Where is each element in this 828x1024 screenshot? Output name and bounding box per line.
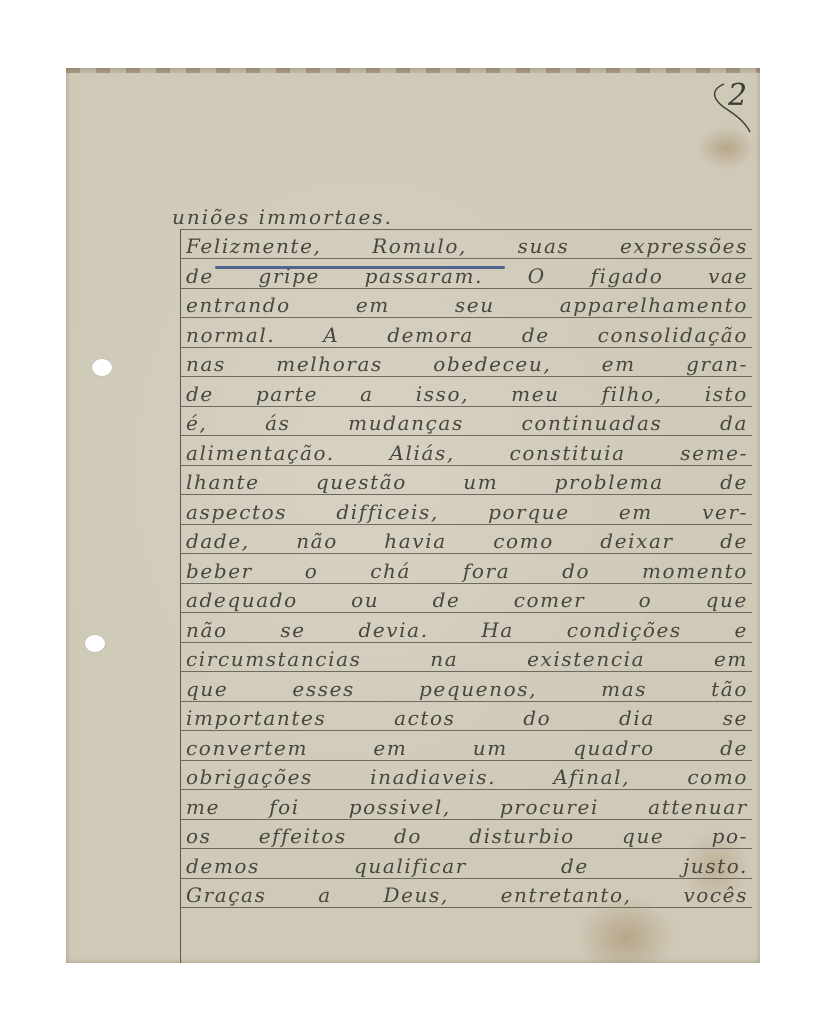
word: a [360,382,374,406]
word: lhante [186,470,260,494]
word: quadro [573,736,655,760]
word: que [186,677,228,701]
word: se [280,618,305,642]
line-text: normal.Ademoradeconsolidação [186,323,748,347]
word: de [522,323,550,347]
word: deixar [600,529,673,553]
word: consolidação [598,323,748,347]
word: fora [463,559,510,583]
word: A [323,323,339,347]
word: como [493,529,554,553]
word: demos [186,854,260,878]
text-line: queessespequenos,mastão [180,672,752,702]
word: pequenos, [419,677,537,701]
word: comer [514,588,586,612]
word: Felizmente, [186,234,321,258]
word: constituia [510,441,626,465]
word: disturbio [469,824,575,848]
text-line: obrigaçõesinadiaveis.Afinal,como [180,761,752,791]
word: problema [555,470,664,494]
word: isso, [416,382,469,406]
line-text: entrandoemseuapparelhamento [186,293,748,317]
word: attenuar [648,795,748,819]
word: mas [601,677,647,701]
word: gran- [686,352,748,376]
word: de [186,264,214,288]
line-text: é,ásmudançascontinuadasda [186,411,748,435]
word: mudanças [348,411,464,435]
line-text: aspectosdifficeis,porqueemver- [186,500,748,524]
word: convertem [186,736,308,760]
line-text: queessespequenos,mastão [186,677,748,701]
word: demora [387,323,474,347]
word: em [373,736,407,760]
word: normal. [186,323,275,347]
word: effeitos [259,824,347,848]
word: o [639,588,653,612]
word: entretanto, [501,883,632,907]
line-text: Felizmente,Romulo,suasexpressões [186,234,748,258]
word: momento [642,559,748,583]
word: a [318,883,332,907]
text-line: Felizmente,Romulo,suasexpressões [180,230,752,260]
word: como [687,765,748,789]
word: obedeceu, [433,352,551,376]
line-text: obrigaçõesinadiaveis.Afinal,como [186,765,748,789]
word: condições [567,618,682,642]
text-line: normal.Ademoradeconsolidação [180,318,752,348]
word: de [561,854,589,878]
text-line: mefoipossivel,procureiattenuar [180,790,752,820]
letter-body: uniões immortaes. Felizmente,Romulo,suas… [180,200,752,908]
word: justo. [683,854,748,878]
word: da [720,411,748,435]
word: esses [292,677,354,701]
word: foi [269,795,300,819]
line-text: departeaisso,meufilho,isto [186,382,748,406]
line-text: nãosedevia.Hacondiçõese [186,618,748,642]
line-text: convertememumquadrode [186,736,748,760]
blue-ink-underline [215,266,505,269]
line-text: circumstanciasnaexistenciaem [186,647,748,671]
word: O [528,264,546,288]
word: possivel, [349,795,451,819]
word: que [622,824,664,848]
word: beber [186,559,253,583]
punch-hole-top [92,359,112,376]
word: em [602,352,636,376]
line-text: adequadooudecomeroque [186,588,748,612]
text-line: nasmelhorasobedeceu,emgran- [180,348,752,378]
word: dade, [186,529,250,553]
line-text: oseffeitosdodisturbioquepo- [186,824,748,848]
word: e [735,618,748,642]
word: devia. [358,618,428,642]
text-line: departeaisso,meufilho,isto [180,377,752,407]
word: apparelhamento [560,293,748,317]
word: aspectos [186,500,287,524]
page-number: 2 [706,76,766,136]
word: que [706,588,748,612]
word: dia [619,706,655,730]
word: melhoras [276,352,383,376]
text-line: importantesactosdodiase [180,702,752,732]
word: tão [711,677,748,701]
word: seu [455,293,495,317]
word: havia [384,529,446,553]
word: de [433,588,461,612]
line-text: mefoipossivel,procureiattenuar [186,795,748,819]
word: filho, [602,382,663,406]
word: vae [708,264,748,288]
punch-hole-bottom [85,635,105,652]
word: circumstancias [186,647,362,671]
text-line: alimentação.Aliás,constituiaseme- [180,436,752,466]
word: suas [518,234,570,258]
word: não [186,618,228,642]
word: questão [316,470,407,494]
word: continuadas [522,411,663,435]
word: ver- [702,500,748,524]
word: qualificar [354,854,467,878]
word: actos [394,706,455,730]
text-line: beberocháforadomomento [180,554,752,584]
word: de [720,470,748,494]
text-line: adequadooudecomeroque [180,584,752,614]
word: seme- [680,441,748,465]
word: me [186,795,220,819]
word: chá [370,559,411,583]
word: meu [511,382,559,406]
word: ou [351,588,379,612]
line-text: beberocháforadomomento [186,559,748,583]
word: obrigações [186,765,313,789]
word: se [723,706,748,730]
word: do [394,824,422,848]
text-line: aspectosdifficeis,porqueemver- [180,495,752,525]
word: isto [705,382,748,406]
word: Ha [481,618,514,642]
page-number-text: 2 [728,78,747,113]
line-text: dade,nãohaviacomodeixarde [186,529,748,553]
text-line: uniões immortaes. [180,200,752,230]
word: po- [712,824,748,848]
text-line: circumstanciasnaexistenciaem [180,643,752,673]
word: na [430,647,458,671]
word: Romulo, [372,234,467,258]
word: existencia [527,647,645,671]
word: inadiaveis. [370,765,496,789]
word: importantes [186,706,326,730]
text-line: oseffeitosdodisturbioquepo- [180,820,752,850]
line-text: GraçasaDeus,entretanto,vocês [186,883,748,907]
word: os [186,824,212,848]
word: de [720,529,748,553]
word: Deus, [383,883,448,907]
word: Graças [186,883,266,907]
word: um [473,736,508,760]
word: procurei [500,795,599,819]
word: do [523,706,551,730]
word: em [619,500,653,524]
word: em [356,293,390,317]
text-line: nãosedevia.Hacondiçõese [180,613,752,643]
handwritten-letter-page: 2 uniões immortaes. Felizmente,Romulo,su… [66,68,760,963]
line-text: lhantequestãoumproblemade [186,470,748,494]
word: ás [265,411,290,435]
word: de [186,382,214,406]
word: parte [256,382,318,406]
word: do [562,559,590,583]
line-text: importantesactosdodiase [186,706,748,730]
word: nas [186,352,226,376]
word: entrando [186,293,291,317]
line-text: nasmelhorasobedeceu,emgran- [186,352,748,376]
word: adequado [186,588,298,612]
word: difficeis, [336,500,438,524]
text-line: GraçasaDeus,entretanto,vocês [180,879,752,909]
word: Afinal, [553,765,630,789]
text-line: dade,nãohaviacomodeixarde [180,525,752,555]
word: não [296,529,338,553]
word: o [305,559,319,583]
word: em [714,647,748,671]
word: alimentação. [186,441,335,465]
word: expressões [620,234,748,258]
text-line: entrandoemseuapparelhamento [180,289,752,319]
text-line: demosqualificardejusto. [180,849,752,879]
word: porque [488,500,570,524]
word: de [720,736,748,760]
word: é, [186,411,207,435]
word: Aliás, [389,441,454,465]
word: vocês [683,883,748,907]
line-text: demosqualificardejusto. [186,854,748,878]
text-line: convertememumquadrode [180,731,752,761]
text-line: degripepassaram.Ofigadovae [180,259,752,289]
word: um [463,470,498,494]
text-line: lhantequestãoumproblemade [180,466,752,496]
text-line: é,ásmudançascontinuadasda [180,407,752,437]
line-text: uniões immortaes. [172,205,748,229]
line-text: alimentação.Aliás,constituiaseme- [186,441,748,465]
word: figado [590,264,663,288]
